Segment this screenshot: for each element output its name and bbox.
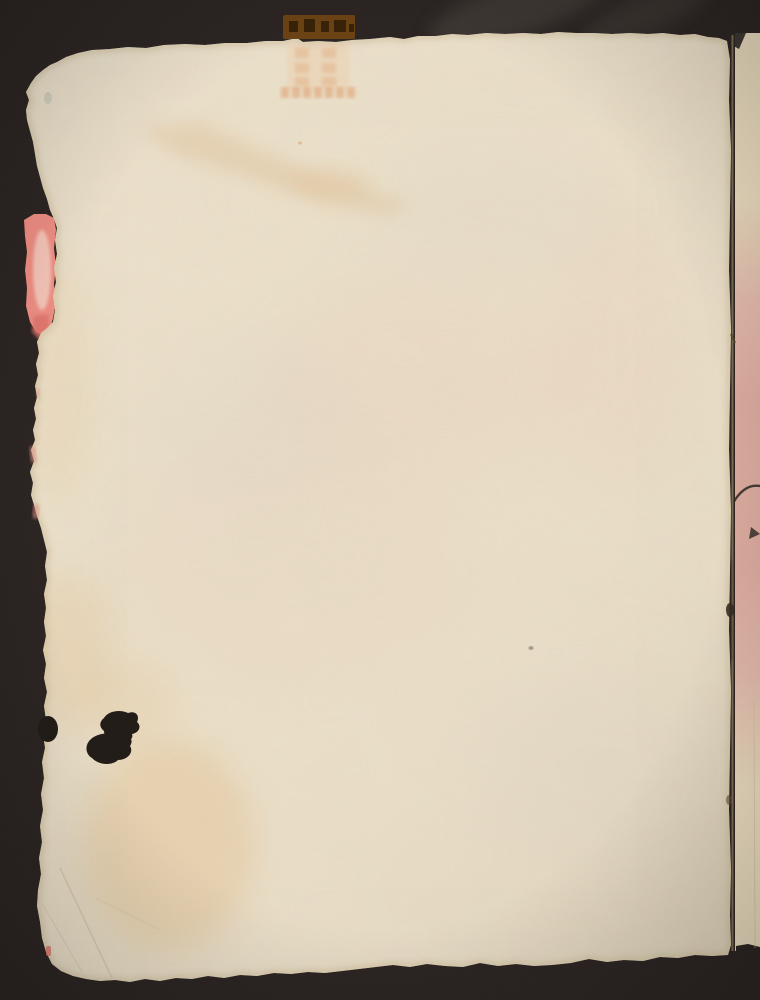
photo-vignette bbox=[0, 0, 760, 1000]
book-page-scan bbox=[0, 0, 760, 1000]
